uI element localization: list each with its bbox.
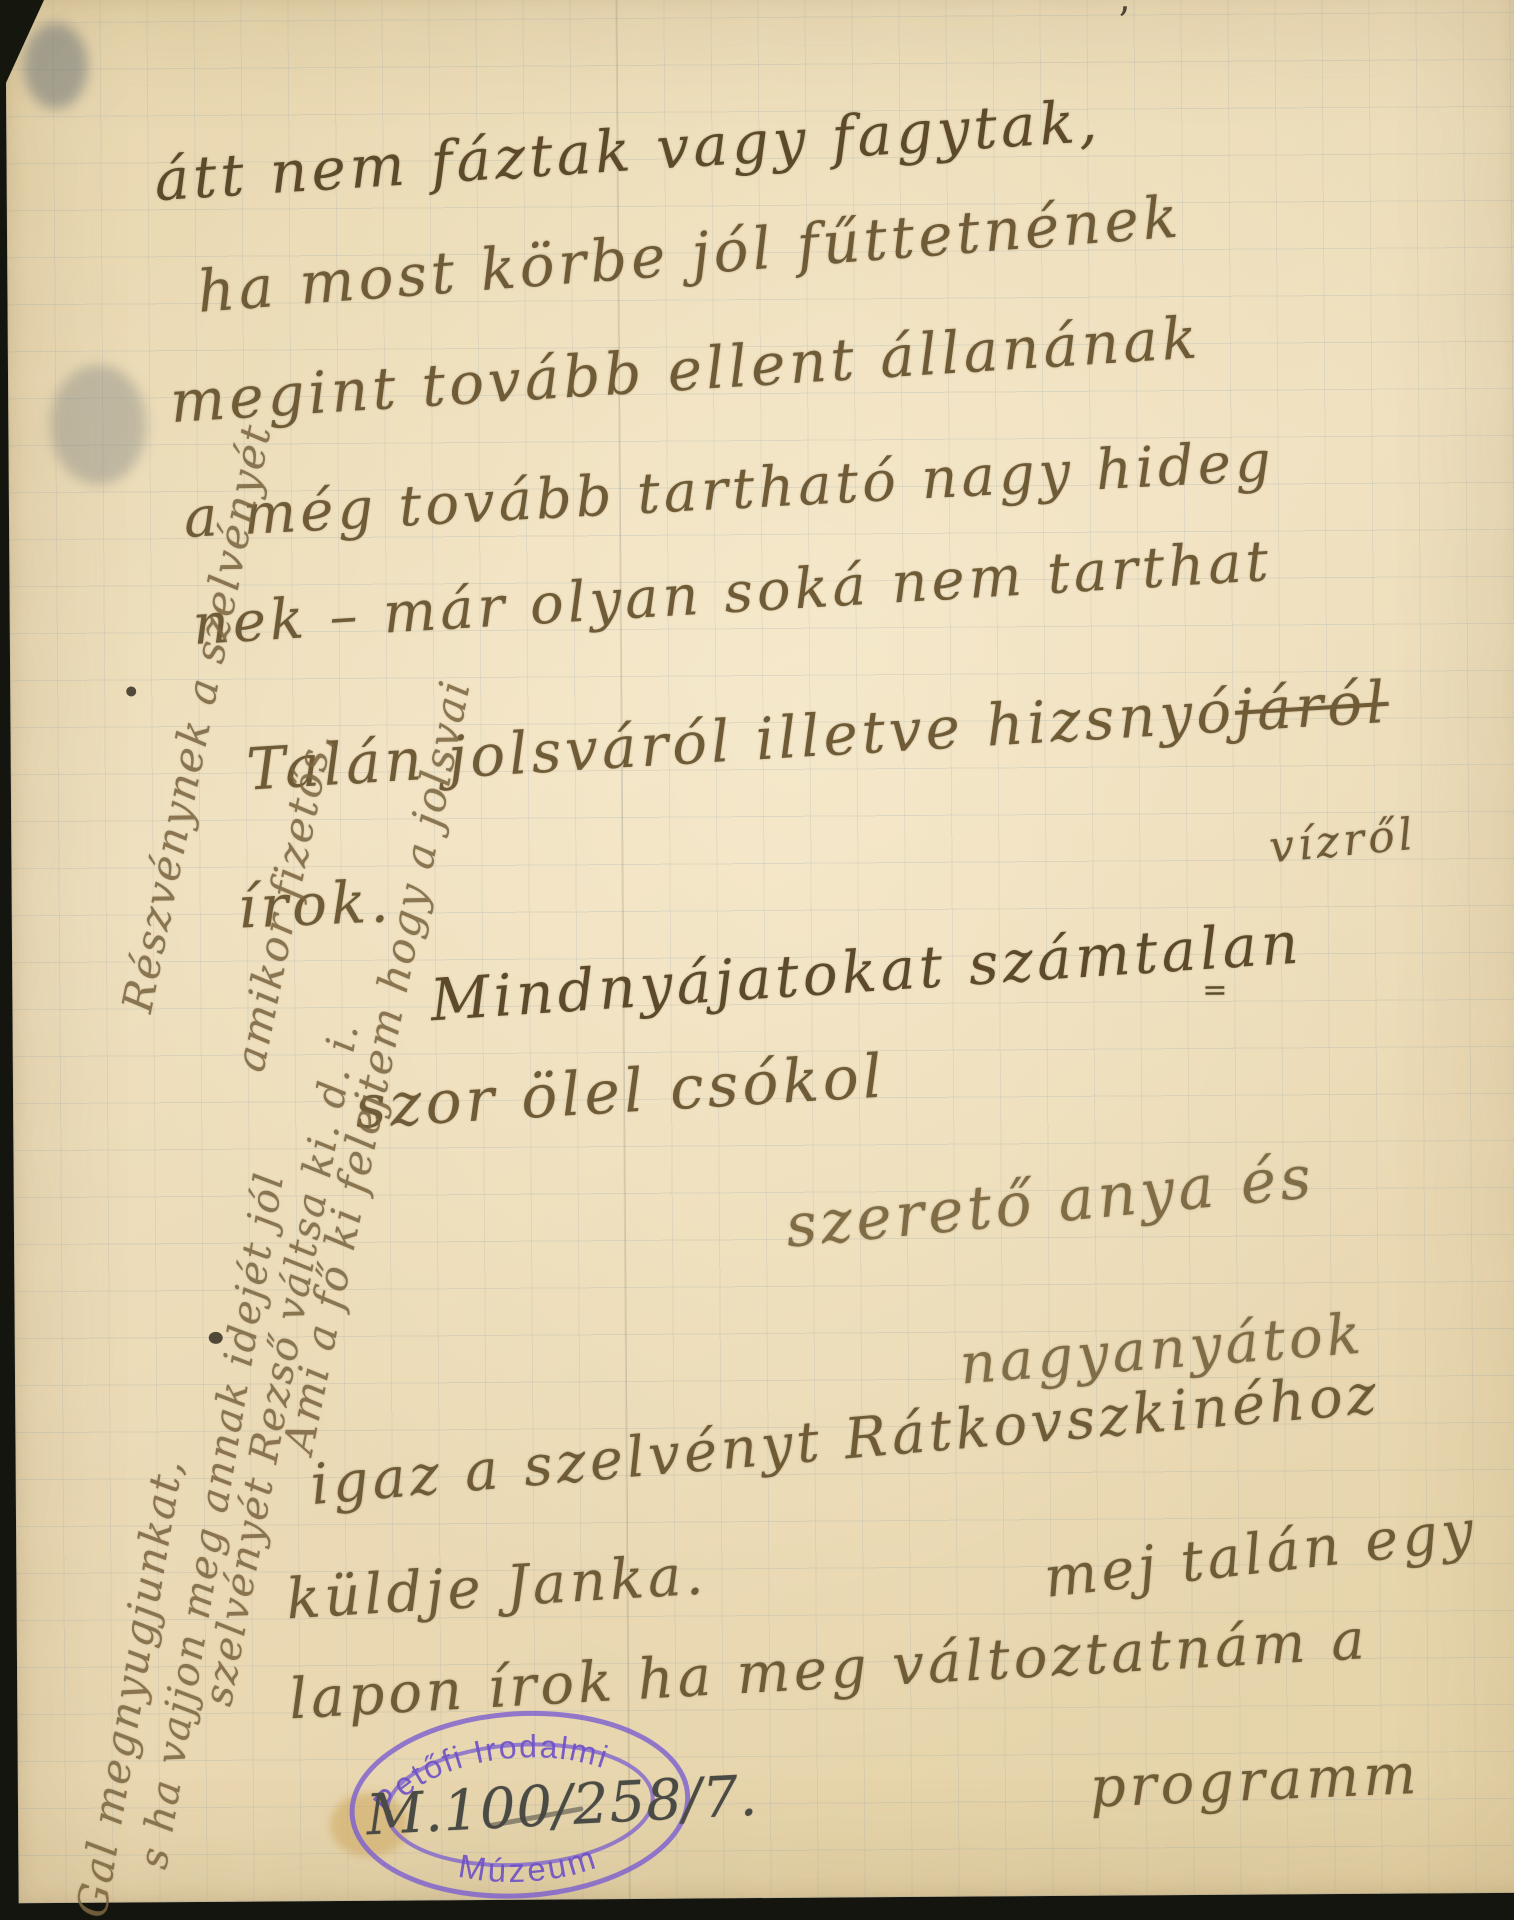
- handwriting-line: programm: [1089, 1742, 1422, 1821]
- gray-smudge: [50, 364, 147, 485]
- continuation-mark: =: [1202, 973, 1231, 1008]
- struck-word: járól: [1233, 668, 1391, 745]
- ink-dot: [126, 686, 136, 696]
- letter-paper: ’ átt nem fáztak vagy fagytak, ha most k…: [5, 0, 1514, 1903]
- gray-smudge: [24, 23, 89, 109]
- scanned-letter-page: { "palette": { "scan_background": "#1415…: [0, 0, 1514, 1920]
- stray-pen-mark: ’: [1117, 0, 1130, 46]
